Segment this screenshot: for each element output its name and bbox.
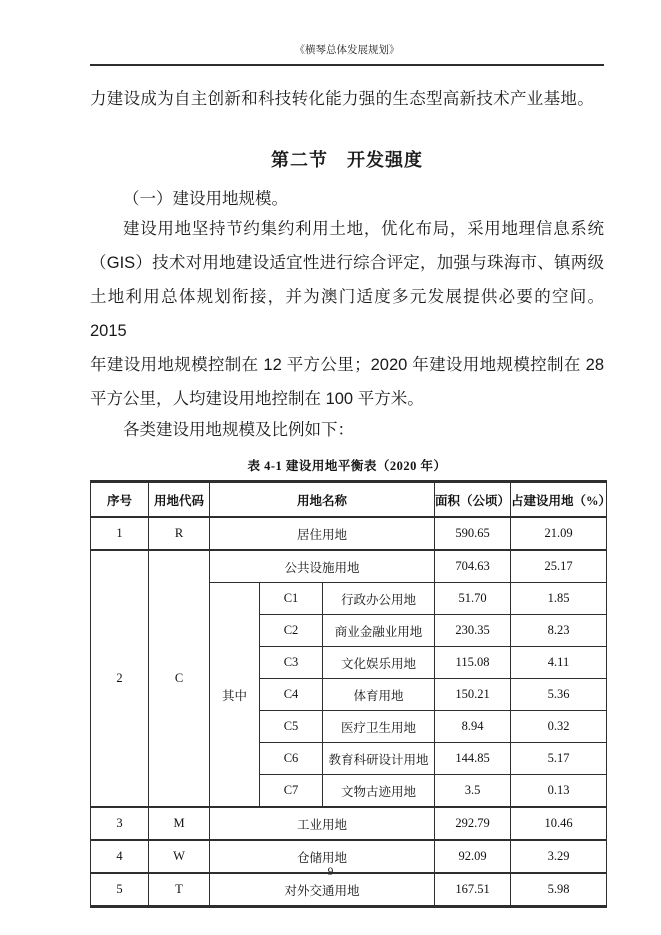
cell-pct: 10.46 — [511, 807, 607, 840]
cell-pct: 5.36 — [511, 679, 607, 711]
paragraph-line: 建设用地坚持节约集约利用土地，优化布局，采用地理信息系统 — [90, 212, 604, 246]
table-header-row: 序号 用地代码 用地名称 面积（公顷） 占建设用地（%） — [91, 482, 607, 518]
cell-area: 167.51 — [435, 873, 511, 907]
table-row-industrial: 3 M 工业用地 292.79 10.46 — [91, 807, 607, 840]
paragraph-line: 平方公里，人均建设用地控制在 100 平方米。 — [90, 382, 604, 416]
page-content: 力建设成为自主创新和科技转化能力强的生态型高新技术产业基地。 第二节 开发强度 … — [90, 89, 604, 908]
subsection-heading: （一）建设用地规模。 — [90, 185, 604, 209]
cell-code: C7 — [260, 775, 323, 808]
cell-area: 8.94 — [435, 711, 511, 743]
cell-code: C4 — [260, 679, 323, 711]
cell-area: 115.08 — [435, 647, 511, 679]
cell-code: C6 — [260, 743, 323, 775]
cell-code: R — [149, 517, 210, 550]
cell-index: 1 — [91, 517, 149, 550]
cell-area: 150.21 — [435, 679, 511, 711]
table-row-public: 2 C 公共设施用地 704.63 25.17 — [91, 550, 607, 583]
cell-name: 行政办公用地 — [323, 583, 435, 615]
cell-name: 体育用地 — [323, 679, 435, 711]
col-header-pct: 占建设用地（%） — [511, 482, 607, 518]
page-header-title: 《横琴总体发展规划》 — [295, 45, 400, 56]
section-heading: 第二节 开发强度 — [90, 146, 604, 172]
cell-name: 商业金融业用地 — [323, 615, 435, 647]
cell-code: C — [149, 550, 210, 807]
cell-pct: 21.09 — [511, 517, 607, 550]
cell-code: C3 — [260, 647, 323, 679]
cell-name: 文化娱乐用地 — [323, 647, 435, 679]
cell-pct: 4.11 — [511, 647, 607, 679]
col-header-index: 序号 — [91, 482, 149, 518]
cell-code: M — [149, 807, 210, 840]
cell-index: 2 — [91, 550, 149, 807]
cell-pct: 25.17 — [511, 550, 607, 583]
cell-area: 144.85 — [435, 743, 511, 775]
paragraph-line: （GIS）技术对用地建设适宜性进行综合评定，加强与珠海市、镇两级 — [90, 246, 604, 280]
table-lead-in: 各类建设用地规模及比例如下： — [90, 416, 604, 444]
cell-area: 590.65 — [435, 517, 511, 550]
col-header-name: 用地名称 — [210, 482, 435, 518]
cell-index: 3 — [91, 807, 149, 840]
cell-area: 3.5 — [435, 775, 511, 808]
col-header-code: 用地代码 — [149, 482, 210, 518]
cell-code: T — [149, 873, 210, 907]
cell-name: 教育科研设计用地 — [323, 743, 435, 775]
main-paragraph: 建设用地坚持节约集约利用土地，优化布局，采用地理信息系统 （GIS）技术对用地建… — [90, 212, 604, 416]
cell-area: 704.63 — [435, 550, 511, 583]
cell-name: 对外交通用地 — [210, 873, 435, 907]
cell-among-label: 其中 — [210, 583, 260, 808]
cell-name: 公共设施用地 — [210, 550, 435, 583]
page-number: 9 — [0, 866, 661, 878]
table-caption: 表 4-1 建设用地平衡表（2020 年） — [90, 456, 604, 474]
paragraph-line: 土地利用总体规划衔接，并为澳门适度多元发展提供必要的空间。2015 — [90, 280, 604, 348]
cell-name: 医疗卫生用地 — [323, 711, 435, 743]
paragraph-continuation: 力建设成为自主创新和科技转化能力强的生态型高新技术产业基地。 — [90, 89, 604, 110]
cell-pct: 0.13 — [511, 775, 607, 808]
cell-area: 51.70 — [435, 583, 511, 615]
cell-code: C2 — [260, 615, 323, 647]
table-row-residential: 1 R 居住用地 590.65 21.09 — [91, 517, 607, 550]
col-header-area: 面积（公顷） — [435, 482, 511, 518]
cell-code: C1 — [260, 583, 323, 615]
page-header: 《横琴总体发展规划》 — [90, 42, 604, 66]
cell-pct: 1.85 — [511, 583, 607, 615]
paragraph-line: 年建设用地规模控制在 12 平方公里；2020 年建设用地规模控制在 28 — [90, 348, 604, 382]
cell-name: 工业用地 — [210, 807, 435, 840]
cell-pct: 5.98 — [511, 873, 607, 907]
cell-pct: 0.32 — [511, 711, 607, 743]
cell-index: 5 — [91, 873, 149, 907]
cell-code: C5 — [260, 711, 323, 743]
document-page: 《横琴总体发展规划》 力建设成为自主创新和科技转化能力强的生态型高新技术产业基地… — [0, 0, 661, 935]
land-use-balance-table: 序号 用地代码 用地名称 面积（公顷） 占建设用地（%） 1 R 居住用地 59… — [90, 480, 607, 908]
cell-area: 230.35 — [435, 615, 511, 647]
cell-name: 居住用地 — [210, 517, 435, 550]
table-row-transport: 5 T 对外交通用地 167.51 5.98 — [91, 873, 607, 907]
cell-name: 文物古迹用地 — [323, 775, 435, 808]
cell-pct: 8.23 — [511, 615, 607, 647]
cell-area: 292.79 — [435, 807, 511, 840]
cell-pct: 5.17 — [511, 743, 607, 775]
